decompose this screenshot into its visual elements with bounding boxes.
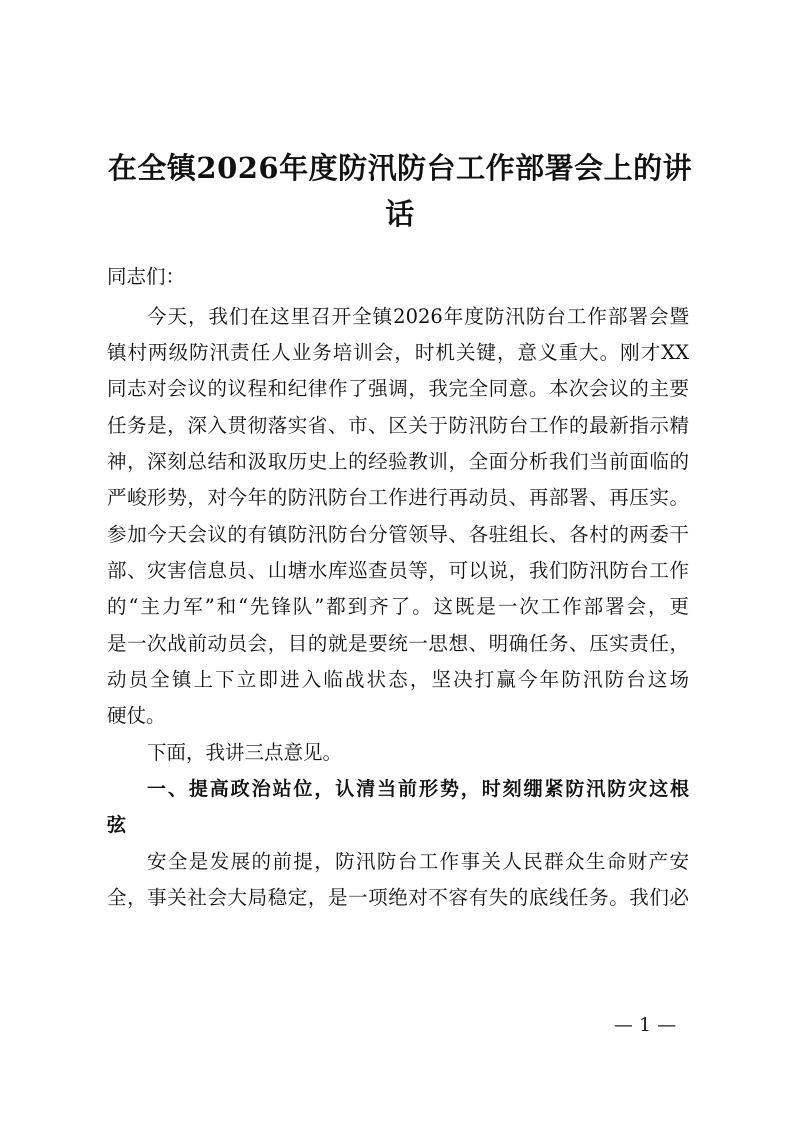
- paragraph-1-line: 任务是，深入贯彻落实省、市、区关于防汛防台工作的最新指示精: [107, 412, 689, 440]
- page-number: — 1 —: [600, 1014, 690, 1036]
- document-title-line-2: 话: [100, 194, 700, 234]
- paragraph-1-line: 部、灾害信息员、山塘水库巡查员等，可以说，我们防汛防台工作: [107, 557, 689, 585]
- paragraph-1-line: 的“主力军”和“先锋队”都到齐了。这既是一次工作部署会，更: [107, 593, 689, 621]
- paragraph-1-line: 是一次战前动员会，目的就是要统一思想、明确任务、压实责任，: [107, 630, 689, 658]
- section-heading-line: 一、提高政治站位，认清当前形势，时刻绷紧防汛防灾这根: [147, 775, 689, 803]
- paragraph-1-line: 镇村两级防汛责任人业务培训会，时机关键，意义重大。刚才XX: [107, 339, 689, 367]
- salutation: 同志们：: [107, 263, 689, 291]
- paragraph-1-line: 严峻形势，对今年的防汛防台工作进行再动员、再部署、再压实。: [107, 484, 689, 512]
- paragraph-3-line: 全，事关社会大局稳定，是一项绝对不容有失的底线任务。我们必: [107, 884, 689, 912]
- paragraph-1-line: 今天，我们在这里召开全镇2026年度防汛防台工作部署会暨: [147, 303, 689, 331]
- paragraph-1-line: 硬仗。: [107, 702, 689, 730]
- section-heading-line: 弦: [107, 811, 689, 839]
- paragraph-3-line: 安全是发展的前提，防汛防台工作事关人民群众生命财产安: [147, 848, 689, 876]
- paragraph-1-line: 神，深刻总结和汲取历史上的经验教训，全面分析我们当前面临的: [107, 448, 689, 476]
- paragraph-1-line: 参加今天会议的有镇防汛防台分管领导、各驻组长、各村的两委干: [107, 521, 689, 549]
- document-page: 在全镇2026年度防汛防台工作部署会上的讲 话 同志们： 今天，我们在这里召开全…: [0, 0, 793, 1122]
- paragraph-1-line: 动员全镇上下立即进入临战状态，坚决打赢今年防汛防台这场: [107, 666, 689, 694]
- paragraph-1-line: 同志对会议的议程和纪律作了强调，我完全同意。本次会议的主要: [107, 375, 689, 403]
- paragraph-2-line: 下面，我讲三点意见。: [147, 739, 689, 767]
- document-title-line-1: 在全镇2026年度防汛防台工作部署会上的讲: [100, 148, 700, 188]
